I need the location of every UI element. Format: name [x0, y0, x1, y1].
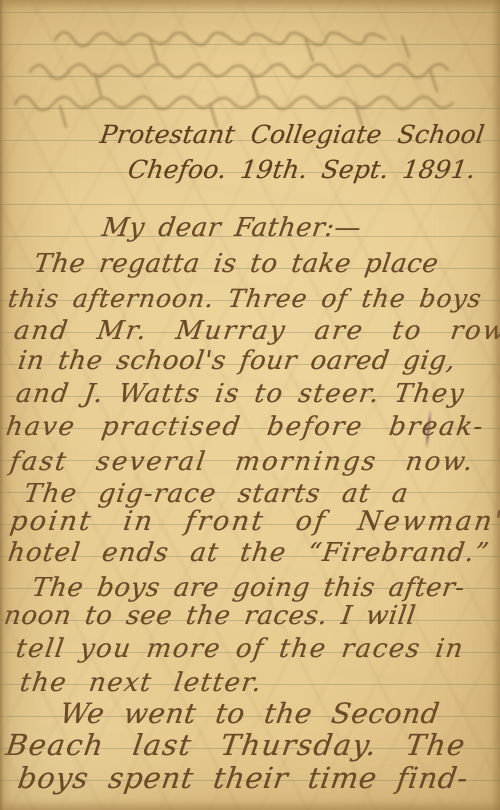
letter-body-line: fast several mornings now.: [8, 447, 477, 477]
letter-body-line: The gig-race starts at a: [22, 479, 411, 509]
letter-body-line: this afternoon. Three of the boys: [6, 284, 484, 314]
letter-text: Protestant Collegiate School Chefoo. 19t…: [0, 0, 500, 810]
letter-body-line: point in front of Newman's: [8, 507, 500, 537]
salutation: My dear Father:—: [100, 213, 363, 243]
letter-body-line: We went to the Second: [58, 699, 442, 729]
letter-body-line: boys spent their time find-: [16, 763, 470, 793]
letter-body-line: hotel ends at the “Firebrand.”: [6, 538, 491, 568]
letter-body-line: in the school's four oared gig,: [16, 346, 457, 376]
letter-body-line: Beach last Thursday. The: [4, 730, 468, 760]
letter-body-line: have practised before break-: [4, 412, 486, 442]
letter-photo: Protestant Collegiate School Chefoo. 19t…: [0, 0, 500, 810]
letter-body-line: tell you more of the races in: [14, 634, 466, 664]
letter-body-line: noon to see the races. I will: [2, 601, 418, 631]
letterhead-school-name: Protestant Collegiate School: [98, 120, 486, 150]
letter-page: Protestant Collegiate School Chefoo. 19t…: [0, 0, 500, 810]
letter-body-line: and J. Watts is to steer. They: [14, 379, 467, 409]
letter-body-line: the next letter.: [18, 668, 264, 698]
letterhead-dateline: Chefoo. 19th. Sept. 1891.: [126, 155, 477, 185]
letter-body-line: and Mr. Murray are to row: [12, 316, 500, 346]
letter-body-line: The boys are going this after-: [30, 573, 467, 603]
letter-body-line: The regatta is to take place: [32, 249, 440, 279]
